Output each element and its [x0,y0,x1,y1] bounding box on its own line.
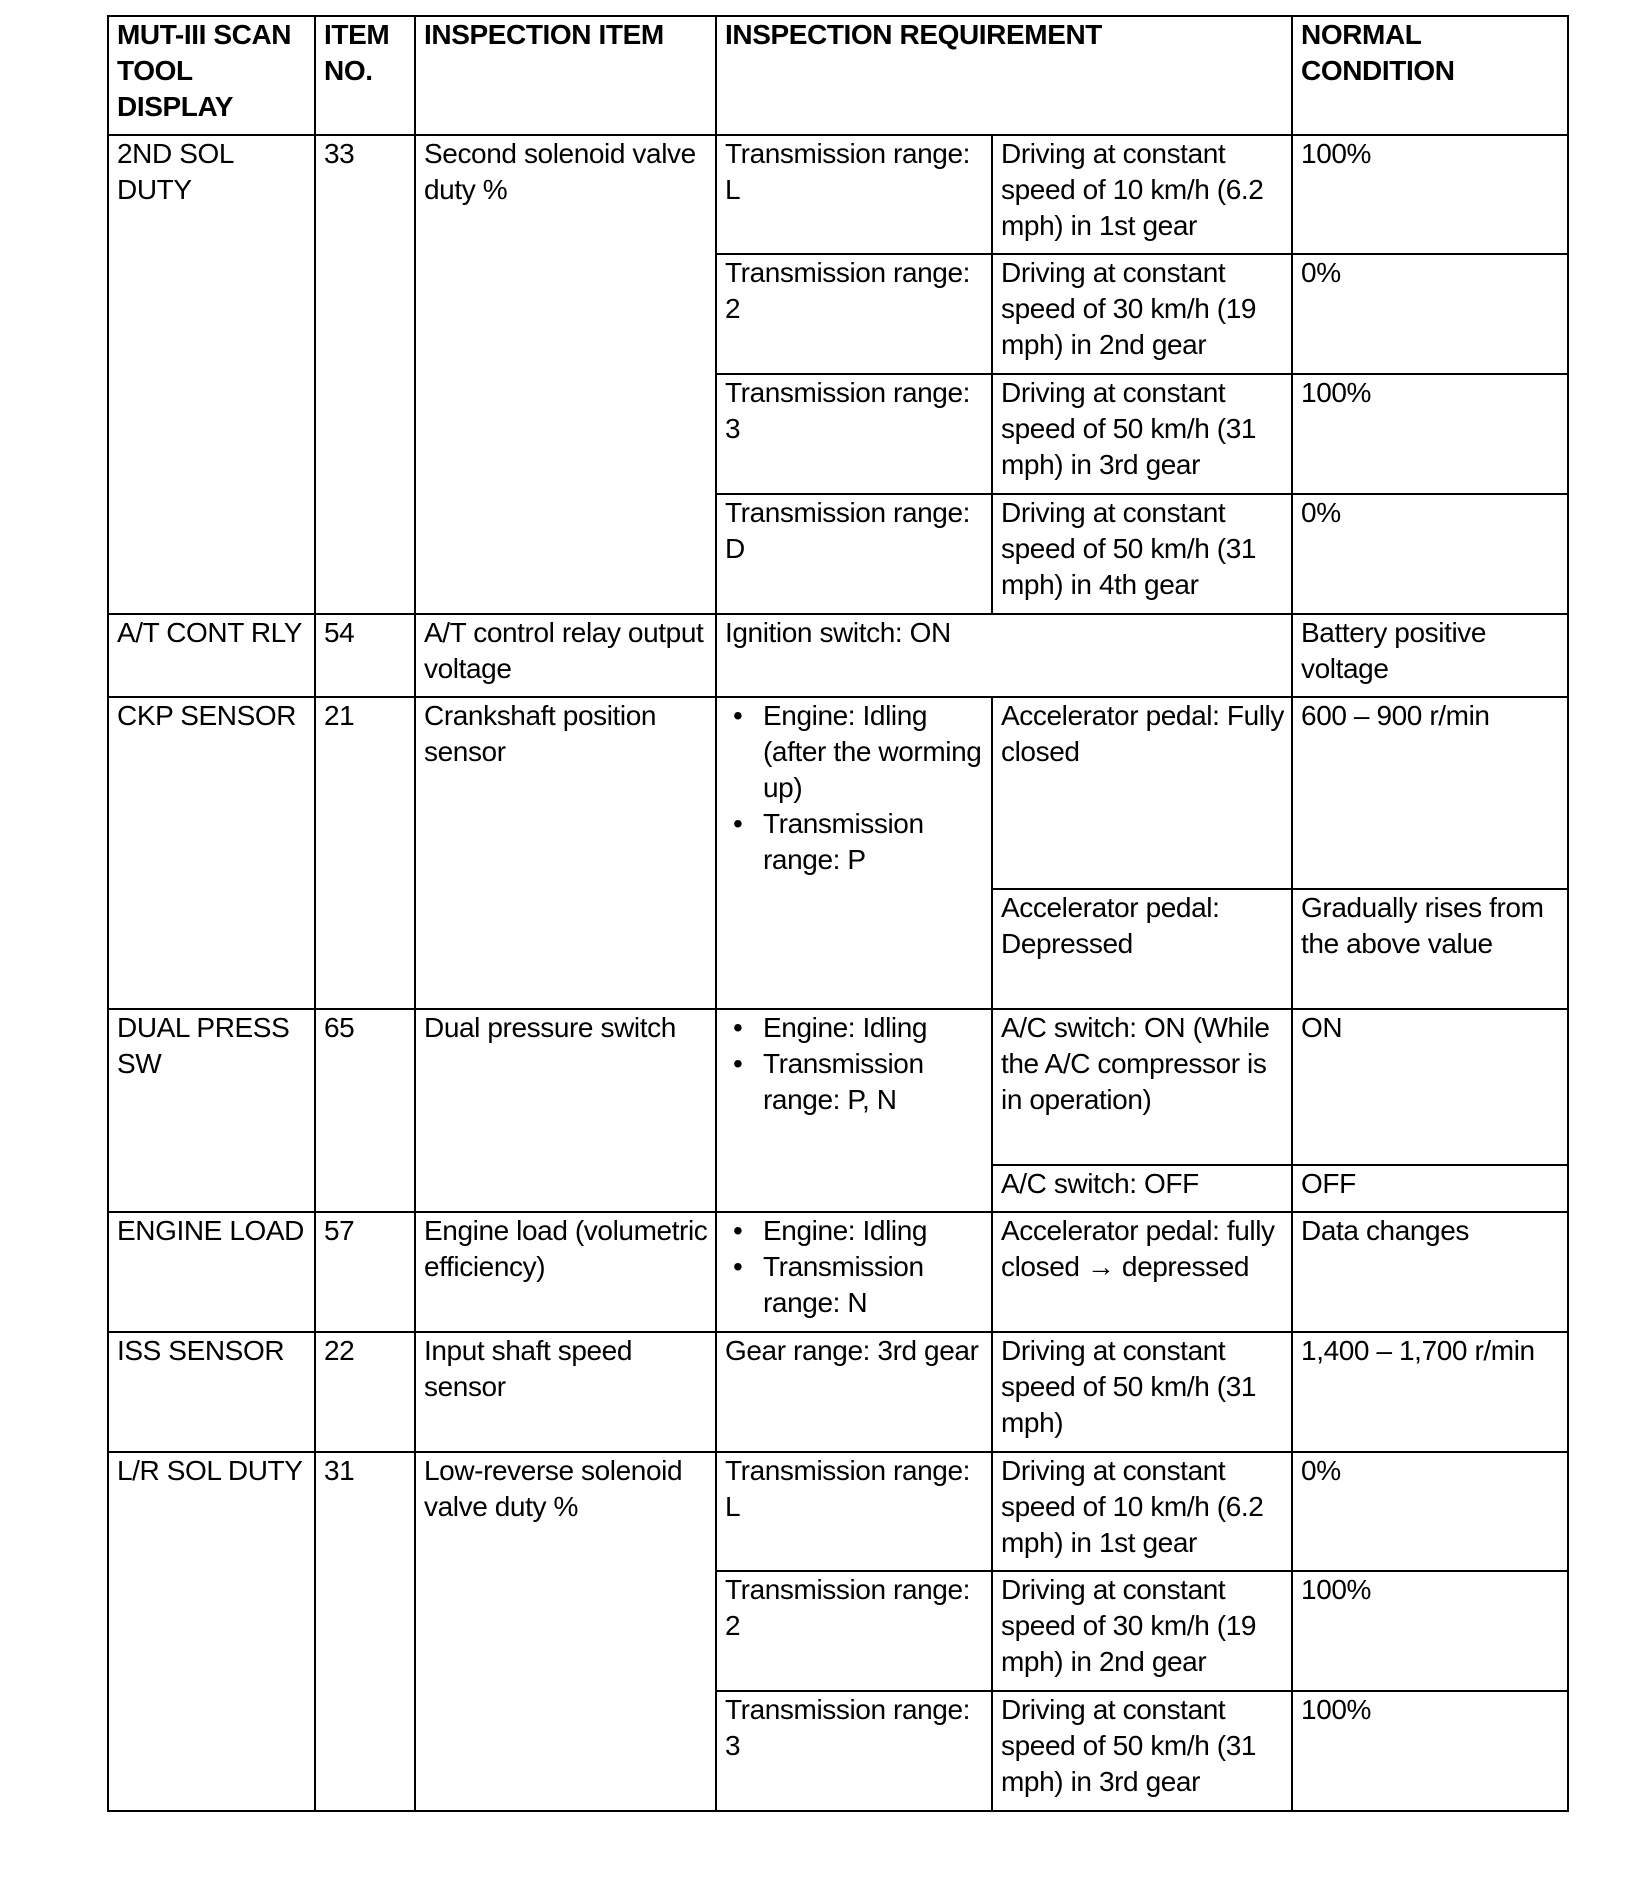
requirement-list: Engine: Idling Transmission range: N [725,1213,987,1321]
display-cell: ENGINE LOAD [108,1212,315,1332]
requirement-cell: Engine: Idling (after the worming up) Tr… [716,697,992,1009]
condition-cell: A/C switch: OFF [992,1165,1292,1212]
item-no-cell: 22 [315,1332,415,1452]
requirement-cell: Engine: Idling Transmission range: P, N [716,1009,992,1212]
condition-cell: Driving at constant speed of 10 km/h (6.… [992,135,1292,254]
header-normal-condition: NORMAL CONDITION [1292,16,1568,135]
condition-cell: Driving at constant speed of 50 km/h (31… [992,494,1292,614]
normal-cell: ON [1292,1009,1568,1165]
normal-cell: 600 – 900 r/min [1292,697,1568,889]
table-row: 2ND SOL DUTY 33 Second solenoid valve du… [108,135,1568,254]
condition-cell: Accelerator pedal: Depressed [992,889,1292,1009]
requirement-cell: Engine: Idling Transmission range: N [716,1212,992,1332]
normal-cell: Battery positive voltage [1292,614,1568,697]
table-row: ISS SENSOR 22 Input shaft speed sensor G… [108,1332,1568,1452]
list-item: Engine: Idling (after the worming up) [763,698,987,806]
header-inspection-requirement: INSPECTION REQUIREMENT [716,16,1292,135]
inspection-table: MUT-III SCAN TOOL DISPLAY ITEM NO. INSPE… [107,15,1569,1812]
normal-cell: OFF [1292,1165,1568,1212]
condition-cell: Driving at constant speed of 50 km/h (31… [992,1332,1292,1452]
item-cell: A/T control relay output voltage [415,614,716,697]
display-cell: CKP SENSOR [108,697,315,1009]
display-cell: 2ND SOL DUTY [108,135,315,614]
normal-cell: 0% [1292,1452,1568,1571]
requirement-cell: Transmission range: 3 [716,1691,992,1811]
condition-cell: Driving at constant speed of 10 km/h (6.… [992,1452,1292,1571]
requirement-cell: Transmission range: 2 [716,1571,992,1691]
display-cell: DUAL PRESS SW [108,1009,315,1212]
header-item-no: ITEM NO. [315,16,415,135]
table-row: DUAL PRESS SW 65 Dual pressure switch En… [108,1009,1568,1165]
display-cell: A/T CONT RLY [108,614,315,697]
item-no-cell: 33 [315,135,415,614]
normal-cell: 0% [1292,494,1568,614]
condition-cell: Accelerator pedal: Fully closed [992,697,1292,889]
item-no-cell: 57 [315,1212,415,1332]
normal-cell: 100% [1292,1571,1568,1691]
table-row: CKP SENSOR 21 Crankshaft position sensor… [108,697,1568,889]
normal-cell: Gradually rises from the above value [1292,889,1568,1009]
item-cell: Input shaft speed sensor [415,1332,716,1452]
table-row: ENGINE LOAD 57 Engine load (volumetric e… [108,1212,1568,1332]
header-display: MUT-III SCAN TOOL DISPLAY [108,16,315,135]
normal-cell: 1,400 – 1,700 r/min [1292,1332,1568,1452]
item-no-cell: 65 [315,1009,415,1212]
requirement-cell: Gear range: 3rd gear [716,1332,992,1452]
condition-cell: Driving at constant speed of 30 km/h (19… [992,254,1292,374]
item-cell: Dual pressure switch [415,1009,716,1212]
condition-cell: A/C switch: ON (While the A/C compressor… [992,1009,1292,1165]
item-no-cell: 31 [315,1452,415,1811]
header-row: MUT-III SCAN TOOL DISPLAY ITEM NO. INSPE… [108,16,1568,135]
requirement-cell: Transmission range: L [716,1452,992,1571]
item-no-cell: 54 [315,614,415,697]
condition-cell: Driving at constant speed of 50 km/h (31… [992,374,1292,494]
display-cell: ISS SENSOR [108,1332,315,1452]
normal-cell: 0% [1292,254,1568,374]
list-item: Engine: Idling [763,1213,987,1249]
item-no-cell: 21 [315,697,415,1009]
condition-cell: Accelerator pedal: fully closed → depres… [992,1212,1292,1332]
normal-cell: 100% [1292,374,1568,494]
display-cell: L/R SOL DUTY [108,1452,315,1811]
list-item: Engine: Idling [763,1010,987,1046]
condition-cell: Driving at constant speed of 50 km/h (31… [992,1691,1292,1811]
header-inspection-item: INSPECTION ITEM [415,16,716,135]
requirement-cell: Ignition switch: ON [716,614,1292,697]
list-item: Transmission range: N [763,1249,987,1321]
item-cell: Crankshaft position sensor [415,697,716,1009]
list-item: Transmission range: P, N [763,1046,987,1118]
requirement-cell: Transmission range: 2 [716,254,992,374]
requirement-cell: Transmission range: L [716,135,992,254]
item-cell: Second solenoid valve duty % [415,135,716,614]
normal-cell: 100% [1292,1691,1568,1811]
list-item: Transmission range: P [763,806,987,878]
item-cell: Low-reverse solenoid valve duty % [415,1452,716,1811]
requirement-list: Engine: Idling (after the worming up) Tr… [725,698,987,878]
normal-cell: 100% [1292,135,1568,254]
requirement-cell: Transmission range: 3 [716,374,992,494]
table-row: L/R SOL DUTY 31 Low-reverse solenoid val… [108,1452,1568,1571]
table-row: A/T CONT RLY 54 A/T control relay output… [108,614,1568,697]
item-cell: Engine load (volumetric efficiency) [415,1212,716,1332]
condition-cell: Driving at constant speed of 30 km/h (19… [992,1571,1292,1691]
requirement-cell: Transmission range: D [716,494,992,614]
requirement-list: Engine: Idling Transmission range: P, N [725,1010,987,1118]
normal-cell: Data changes [1292,1212,1568,1332]
